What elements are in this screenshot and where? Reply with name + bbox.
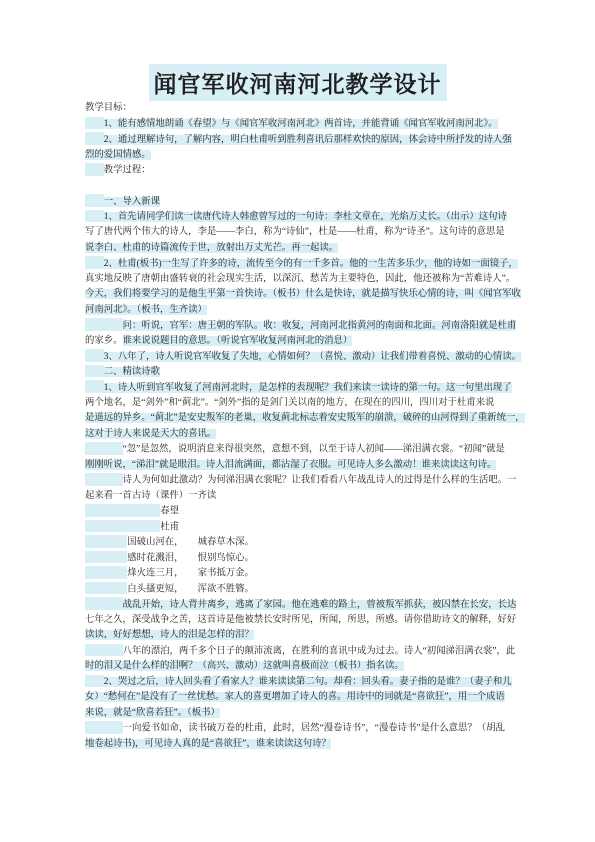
document-body: 教学目标：1、能有感情地朗诵《春望》与《闻官军收河南河北》两首诗，并能背诵《闻官…: [85, 101, 525, 752]
doc-line: 是遥远的异乡。“蓟北”是安史叛军的老巢，收复蓟北标志着安史叛军的崩溃，破碎的山河…: [85, 411, 525, 427]
text-segment: 这对于诗人来说是天大的喜讯。: [85, 429, 216, 439]
text-segment: 教学目标：: [85, 103, 132, 113]
line-indent: [85, 365, 104, 378]
text-segment: 春望: [160, 507, 179, 517]
text-segment: 时的泪又是什么样的泪啊？（高兴、激动）这就叫喜极而泣（板书）指名读。: [85, 661, 404, 671]
doc-line: 八年的漂泊，两千多个日子的颠沛流离，在胜利的喜讯中成为过去。诗人“初闻涕泪满衣裳…: [85, 644, 525, 660]
text-segment: 诗人为何如此激动？为何涕泪满衣裳呢？让我们看看八年战乱诗人的过得是什么样的生活吧…: [123, 476, 517, 486]
doc-line: 感时花溅泪， 恨别鸟惊心。: [85, 551, 525, 567]
line-indent: [85, 551, 127, 564]
text-segment: 国破山河在， 城春草木深。: [127, 538, 254, 548]
text-segment: 白头搔更短， 浑欲不胜簪。: [127, 584, 254, 594]
doc-line: 这对于诗人来说是天大的喜讯。: [85, 427, 525, 443]
text-segment: 教学过程：: [104, 166, 151, 176]
line-indent: [85, 349, 104, 362]
doc-line: 白头搔更短， 浑欲不胜簪。: [85, 582, 525, 598]
doc-line: 真实地反映了唐朝由盛转衰的社会现实生活，以深沉、愁苦为主要特色，因此，他还被称为…: [85, 272, 525, 288]
text-segment: 今天，我们将要学习的是他生平第一首快诗。（板书）什么是快诗，就是描写快乐心情的诗…: [85, 289, 521, 299]
doc-line: 七年之久，深受战争之苦，这首诗是他被禁长安时所见，所闻，所思，所感。请你借助诗文…: [85, 613, 525, 629]
doc-line: 今天，我们将要学习的是他生平第一首快诗。（板书）什么是快诗，就是描写快乐心情的诗…: [85, 287, 525, 303]
doc-line: 1、首先请同学们读一读唐代诗人韩愈曾写过的一句诗：李杜文章在，光焰万丈长。（出示…: [85, 210, 525, 226]
doc-line: 2、通过理解诗句，了解内容，明白杜甫听到胜利喜讯后那样欢快的原因，体会诗中所抒发…: [85, 132, 525, 148]
doc-line: 二、精读诗歌: [85, 365, 525, 381]
text-segment: 刚刚听说，“涕泪”就是眼泪。诗人泪流满面，都沾湿了衣服。可见诗人多么激动！谁来读…: [85, 460, 496, 470]
doc-line: 诗人为何如此激动？为何涕泪满衣裳呢？让我们看看八年战乱诗人的过得是什么样的生活吧…: [85, 473, 525, 489]
line-indent: [85, 566, 127, 579]
doc-line: 女）“愁何在”是没有了一丝忧愁。家人的喜更增加了诗人的喜。用诗中的词就是“喜欲狂…: [85, 690, 525, 706]
doc-line: 两个地名，是“剑外”和“蓟北”。“剑外”指的是剑门关以南的地方，在现在的四川，四…: [85, 396, 525, 412]
doc-line: 刚刚听说，“涕泪”就是眼泪。诗人泪流满面，都沾湿了衣服。可见诗人多么激动！谁来读…: [85, 458, 525, 474]
line-indent: [85, 117, 104, 130]
doc-line: 一向爱书如命，读书破万卷的杜甫，此时，居然“漫卷诗书”，“漫卷诗书”是什么意思？…: [85, 721, 525, 737]
doc-line: 起来看一首古诗（课件）一齐读: [85, 489, 525, 505]
text-segment: 起来看一首古诗（课件）一齐读: [85, 491, 216, 501]
title-row: 闻官军收河南河北教学设计: [0, 64, 595, 101]
text-segment: 真实地反映了唐朝由盛转衰的社会现实生活，以深沉、愁苦为主要特色，因此，他还被称为…: [85, 274, 515, 284]
text-segment: 3、八年了，诗人听说官军收复了失地，心情如何？（喜悦、激动）让我们带着喜悦、激动…: [104, 352, 521, 362]
text-segment: 感时花溅泪， 恨别鸟惊心。: [127, 553, 254, 563]
text-segment: 读读，好好想想，诗人的泪是怎样的泪？: [85, 630, 254, 640]
text-segment: 说李白、杜甫的诗篇流传于世，放射出万丈光芒。再一起读。: [85, 243, 338, 253]
doc-line: 问：听说，官军：唐王朝的军队。收：收复，河南河北指黄河的南面和北面。河南洛阳就是…: [85, 318, 525, 334]
line-indent: [85, 504, 160, 517]
doc-line: 地卷起诗书)，可见诗人真的是“喜欲狂”，谁来读读这句诗？: [85, 737, 525, 753]
line-indent: [85, 675, 104, 688]
text-segment: 一、导入新课: [104, 197, 160, 207]
text-segment: 来说，就是“欣喜若狂”。（板书）: [85, 708, 220, 718]
line-indent: [85, 442, 123, 455]
doc-line: 烈的爱国情感。: [85, 148, 525, 164]
line-indent: [85, 318, 123, 331]
doc-line: 国破山河在， 城春草木深。: [85, 535, 525, 551]
doc-line: 一、导入新课: [85, 194, 525, 210]
text-segment: 女）“愁何在”是没有了一丝忧愁。家人的喜更增加了诗人的喜。用诗中的词就是“喜欲狂…: [85, 692, 505, 702]
text-segment: 是遥远的异乡。“蓟北”是安史叛军的老巢，收复蓟北标志着安史叛军的崩溃，破碎的山河…: [85, 413, 525, 423]
line-indent: [85, 721, 123, 734]
line-indent: [85, 210, 104, 223]
doc-line: 河南河北》。（板书，生齐读）: [85, 303, 525, 319]
doc-line: 教学过程：: [85, 163, 525, 179]
doc-line: 写了唐代两个伟大的诗人，李是——李白，称为“诗仙”，杜是——杜甫，称为“诗圣”。…: [85, 225, 525, 241]
doc-line: 说李白、杜甫的诗篇流传于世，放射出万丈光芒。再一起读。: [85, 241, 525, 257]
doc-line: 杜甫: [85, 520, 525, 536]
line-indent: [85, 380, 104, 393]
line-indent: [85, 597, 123, 610]
doc-line: 读读，好好想想，诗人的泪是怎样的泪？: [85, 628, 525, 644]
doc-line: 3、八年了，诗人听说官军收复了失地，心情如何？（喜悦、激动）让我们带着喜悦、激动…: [85, 349, 525, 365]
doc-line: 来说，就是“欣喜若狂”。（板书）: [85, 706, 525, 722]
doc-line: 的家乡。谁来说说题目的意思。（听说官军收复河南河北的消息）: [85, 334, 525, 350]
text-segment: 2、杜甫(板书)一生写了许多的诗，流传至今的有一千多首。他的一生苦多乐少，他的诗…: [104, 259, 518, 269]
text-segment: 问：听说，官军：唐王朝的军队。收：收复，河南河北指黄河的南面和北面。河南洛阳就是…: [123, 321, 517, 331]
text-segment: 地卷起诗书)，可见诗人真的是“喜欲狂”，谁来读读这句诗？: [85, 739, 331, 749]
text-segment: 两个地名，是“剑外”和“蓟北”。“剑外”指的是剑门关以南的地方，在现在的四川，四…: [85, 398, 494, 408]
line-indent: [85, 644, 123, 657]
text-segment: 一向爱书如命，读书破万卷的杜甫，此时，居然“漫卷诗书”，“漫卷诗书”是什么意思？…: [123, 724, 505, 734]
doc-line: 1、能有感情地朗诵《春望》与《闻官军收河南河北》两首诗，并能背诵《闻官军收河南河…: [85, 117, 525, 133]
line-indent: [85, 582, 127, 595]
text-segment: 二、精读诗歌: [104, 367, 160, 377]
line-indent: [85, 256, 104, 269]
text-segment: 烽火连三月， 家书抵万金。: [127, 569, 254, 579]
document-page: 闻官军收河南河北教学设计 教学目标：1、能有感情地朗诵《春望》与《闻官军收河南河…: [0, 0, 595, 842]
line-indent: [85, 163, 104, 176]
doc-line: 春望: [85, 504, 525, 520]
text-segment: 战乱开始，诗人背井离乡，逃离了家园。他在逃难的路上，曾被叛军抓获，被囚禁在长安，…: [123, 600, 517, 610]
text-segment: 谁来说说题目的意思。（听说官军收复河南河北的消息）: [123, 336, 353, 346]
text-segment: 的家乡。: [85, 336, 123, 346]
text-segment: 1、诗人听到官军收复了河南河北时，是怎样的表现呢？我们来读一读诗的第一句。这一句…: [104, 383, 512, 393]
text-segment: 七年之久，深受战争之苦，这首诗是他被禁长安时所见，所闻，所思，所感。请你借助诗文…: [85, 615, 516, 625]
line-indent: [85, 132, 104, 145]
doc-line: 教学目标：: [85, 101, 525, 117]
text-segment: 1、能有感情地朗诵《春望》与《闻官军收河南河北》两首诗，并能背诵《闻官军收河南河…: [104, 119, 498, 129]
doc-line: [85, 179, 525, 195]
doc-line: 2、杜甫(板书)一生写了许多的诗，流传至今的有一千多首。他的一生苦多乐少，他的诗…: [85, 256, 525, 272]
doc-line: “忽”是忽然，说明消息来得很突然，意想不到，以至于诗人初闻——涕泪满衣裳。“初闻…: [85, 442, 525, 458]
text-segment: 写了唐代两个伟大的诗人，李是——李白，称为“诗仙”，杜是——杜甫，称为“诗圣”。…: [85, 227, 505, 237]
doc-line: 时的泪又是什么样的泪啊？（高兴、激动）这就叫喜极而泣（板书）指名读。: [85, 659, 525, 675]
line-indent: [85, 535, 127, 548]
line-indent: [85, 194, 104, 207]
page-title: 闻官军收河南河北教学设计: [149, 64, 447, 101]
line-indent: [85, 473, 123, 486]
text-segment: 1、首先请同学们读一读唐代诗人韩愈曾写过的一句诗：李杜文章在，光焰万丈长。（出示…: [104, 212, 507, 222]
text-segment: 河南河北》。（板书，生齐读）: [85, 305, 207, 315]
text-segment: 2、通过理解诗句，了解内容，明白杜甫听到胜利喜讯后那样欢快的原因，体会诗中所抒发…: [104, 135, 512, 145]
text-segment: 烈的爱国情感。: [85, 150, 151, 160]
text-segment: 2、哭过之后，诗人回头看了看家人？谁来读读第二句。却看：回头看。妻子指的是谁？（…: [104, 677, 512, 687]
doc-line: 战乱开始，诗人背井离乡，逃离了家园。他在逃难的路上，曾被叛军抓获，被囚禁在长安，…: [85, 597, 525, 613]
line-indent: [85, 520, 160, 533]
doc-line: 2、哭过之后，诗人回头看了看家人？谁来读读第二句。却看：回头看。妻子指的是谁？（…: [85, 675, 525, 691]
text-segment: 八年的漂泊，两千多个日子的颠沛流离，在胜利的喜讯中成为过去。诗人“初闻涕泪满衣裳…: [123, 646, 516, 656]
doc-line: 1、诗人听到官军收复了河南河北时，是怎样的表现呢？我们来读一读诗的第一句。这一句…: [85, 380, 525, 396]
doc-line: 烽火连三月， 家书抵万金。: [85, 566, 525, 582]
text-segment: “忽”是忽然，说明消息来得很突然，意想不到，以至于诗人初闻——涕泪满衣裳。“初闻…: [123, 445, 505, 455]
text-segment: 杜甫: [160, 522, 179, 532]
